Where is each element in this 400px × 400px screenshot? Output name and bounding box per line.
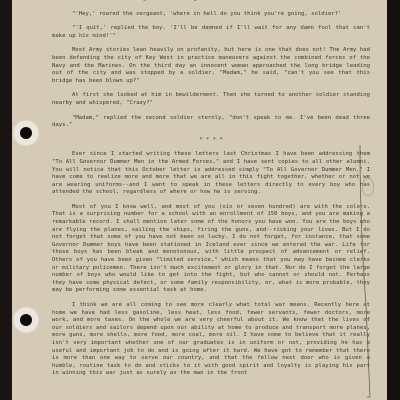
paragraph: At first she looked at him in bewilderme… — [52, 92, 370, 107]
typed-letter-body: one of the soldiers standing near the br… — [52, 0, 370, 378]
section-separator: * * * * — [52, 137, 370, 145]
paragraph: Most Army stories lean heavily on profan… — [52, 47, 370, 85]
paragraph: I think we are all coming to see more cl… — [52, 302, 370, 378]
punch-hole-bottom — [14, 308, 38, 332]
paragraph: "'I quit,' replied the boy. 'I'll be dam… — [52, 25, 370, 40]
paragraph: Most of you I know well, and most of you… — [52, 204, 370, 295]
punch-hole-top — [14, 121, 38, 145]
circled-mark-annotation — [362, 178, 374, 196]
scanner-edge — [387, 0, 400, 400]
paragraph: Ever since I started writing these lette… — [52, 151, 370, 197]
paragraph: "Madam," replied the second soldier ster… — [52, 115, 370, 130]
paragraph: "'Hey,' roared the sergeant, 'where in h… — [52, 11, 370, 19]
